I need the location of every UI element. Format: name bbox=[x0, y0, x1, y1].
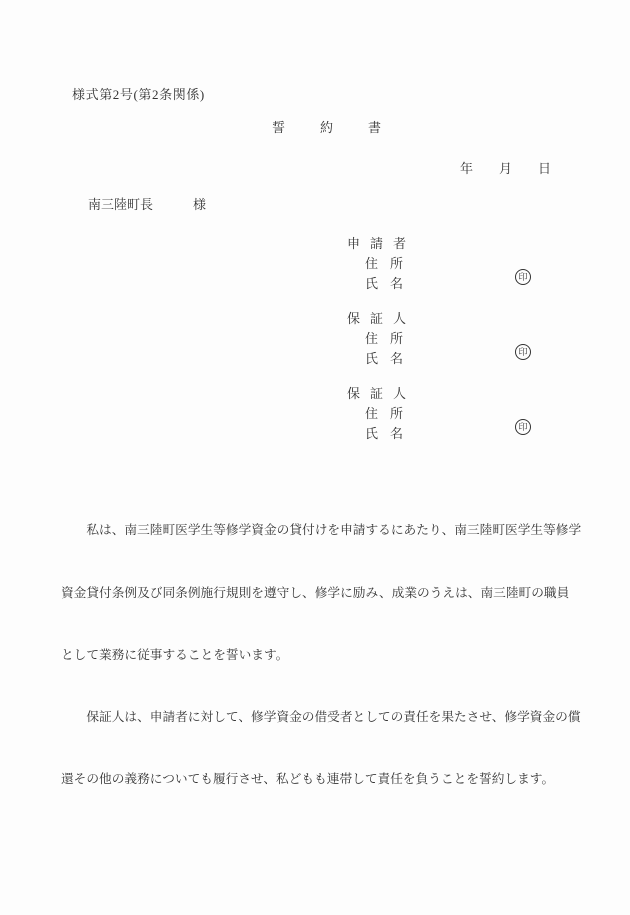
applicant-name-label: 氏名 bbox=[365, 277, 415, 290]
body-line-3: として業務に従事することを誓います。 bbox=[61, 645, 581, 666]
guarantor2-seal-mark-icon: 印 bbox=[515, 419, 531, 435]
applicant-seal-mark-icon: 印 bbox=[515, 269, 531, 285]
guarantor1-role-label: 保証人 bbox=[347, 312, 416, 325]
guarantor1-name-label: 氏名 bbox=[365, 352, 415, 365]
body-line-4: 保証人は、申請者に対して、修学資金の借受者としての責任を果たさせ、修学資金の償 bbox=[61, 707, 581, 728]
guarantor1-seal-mark-icon: 印 bbox=[515, 344, 531, 360]
guarantor2-address-label: 住所 bbox=[365, 407, 415, 420]
seal-character: 印 bbox=[518, 273, 527, 282]
guarantor2-role-label: 保証人 bbox=[347, 387, 416, 400]
addressee-honorific: 様 bbox=[193, 198, 206, 211]
body-line-2: 資金貸付条例及び同条例施行規則を遵守し、修学に励み、成業のうえは、南三陸町の職員 bbox=[61, 583, 581, 604]
guarantor2-name-label: 氏名 bbox=[365, 427, 415, 440]
guarantor1-address-label: 住所 bbox=[365, 332, 415, 345]
seal-character: 印 bbox=[518, 423, 527, 432]
pledge-form-page: 様式第2号(第2条関係) 誓約書 年 月 日 南三陸町長 様 申請者 住所 氏名… bbox=[0, 0, 630, 915]
document-title: 誓約書 bbox=[272, 121, 416, 134]
applicant-block: 申請者 住所 氏名 印 bbox=[347, 237, 567, 297]
date-line: 年 月 日 bbox=[460, 162, 551, 175]
addressee-row: 南三陸町長 様 bbox=[88, 198, 206, 211]
body-line-1: 私は、南三陸町医学生等修学資金の貸付けを申請するにあたり、南三陸町医学生等修学 bbox=[61, 520, 581, 541]
applicant-address-label: 住所 bbox=[365, 257, 415, 270]
form-number: 様式第2号(第2条関係) bbox=[72, 88, 205, 101]
seal-character: 印 bbox=[518, 348, 527, 357]
addressee-name: 南三陸町長 bbox=[88, 198, 153, 211]
body-paragraphs: 私は、南三陸町医学生等修学資金の貸付けを申請するにあたり、南三陸町医学生等修学 … bbox=[61, 479, 581, 831]
body-line-5: 還その他の義務についても履行させ、私どもも連帯して責任を負うことを誓約します。 bbox=[61, 769, 581, 790]
applicant-role-label: 申請者 bbox=[347, 237, 416, 250]
guarantor2-block: 保証人 住所 氏名 印 bbox=[347, 387, 567, 447]
guarantor1-block: 保証人 住所 氏名 印 bbox=[347, 312, 567, 372]
